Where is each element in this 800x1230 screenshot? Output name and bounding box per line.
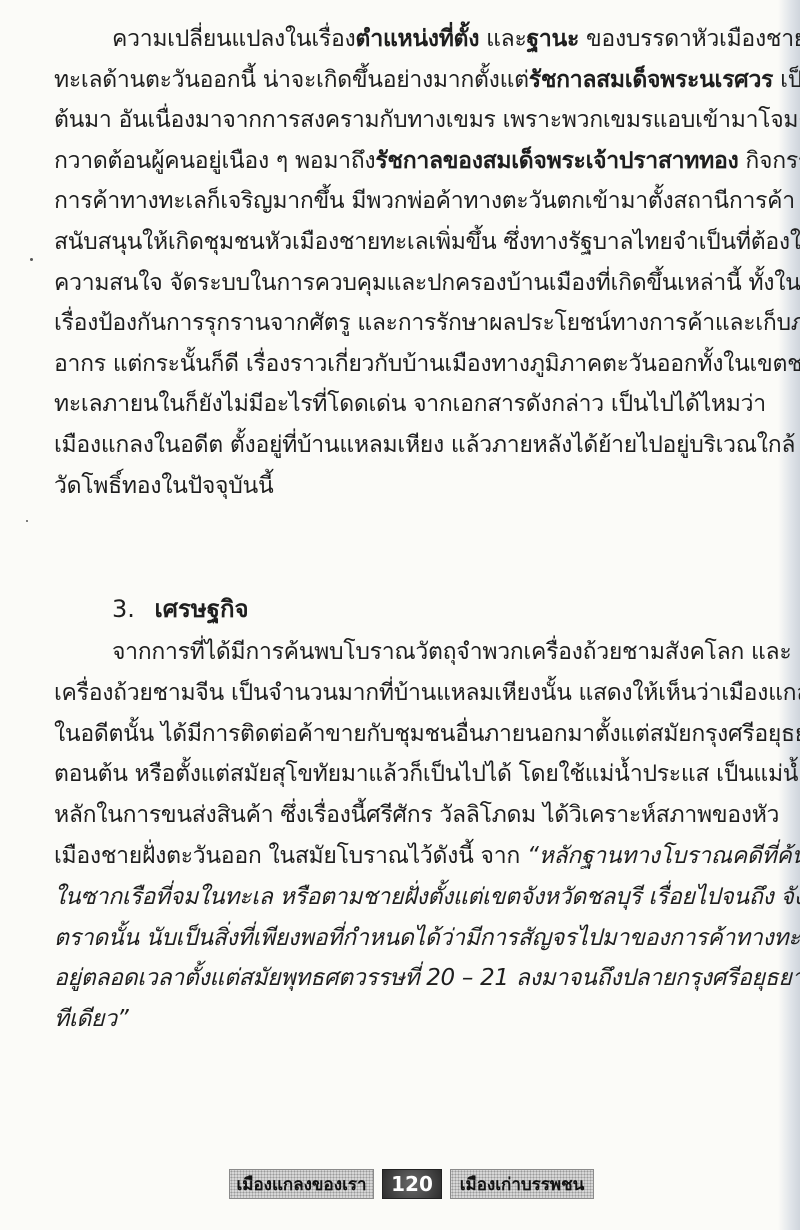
emphasis-text: รัชกาลสมเด็จพระนเรศวร	[529, 67, 773, 93]
text-line: หลักในการขนส่งสินค้า ซึ่งเรื่องนี้ศรีศัก…	[54, 795, 754, 835]
section-title: เศรษฐกิจ	[155, 595, 249, 623]
body-text: ของบรรดาหัวเมืองชาย	[579, 26, 800, 52]
text-line: กวาดต้อนผู้คนอยู่เนือง ๆ พอมาถึงรัชกาลขอ…	[54, 141, 754, 181]
body-text: และ	[479, 26, 526, 52]
body-text: สนับสนุนให้เกิดชุมชนหัวเมืองชายทะเลเพิ่ม…	[54, 229, 800, 255]
page-edge-shadow	[778, 0, 800, 1230]
text-line: ตราดนั้น นับเป็นสิ่งที่เพียงพอที่กำหนดได…	[54, 918, 754, 958]
body-text: หลักในการขนส่งสินค้า ซึ่งเรื่องนี้ศรีศัก…	[54, 802, 779, 828]
text-line: การค้าทางทะเลก็เจริญมากขึ้น มีพวกพ่อค้าท…	[54, 181, 754, 221]
body-text: เครื่องถ้วยชามจีน เป็นจำนวนมากที่บ้านแหล…	[54, 680, 800, 706]
quoted-text: ตราดนั้น นับเป็นสิ่งที่เพียงพอที่กำหนดได…	[54, 925, 800, 951]
text-line: เมืองแกลงในอดีต ตั้งอยู่ที่บ้านแหลมเหียง…	[54, 425, 754, 465]
emphasis-text: รัชกาลของสมเด็จพระเจ้าปราสาททอง	[375, 148, 738, 174]
footer-chapter-title: เมืองเก่าบรรพชน	[450, 1169, 594, 1199]
text-line: ในซากเรือที่จมในทะเล หรือตามชายฝั่งตั้งแ…	[54, 877, 754, 917]
body-text: เมืองแกลงในอดีต ตั้งอยู่ที่บ้านแหลมเหียง…	[54, 432, 800, 458]
text-line: ทะเลด้านตะวันออกนี้ น่าจะเกิดขึ้นอย่างมา…	[54, 60, 754, 100]
emphasis-text: ฐานะ	[527, 26, 579, 52]
body-text: ตอนต้น หรือตั้งแต่สมัยสุโขทัยมาแล้วก็เป็…	[54, 761, 800, 787]
body-text: เมืองชายฝั่งตะวันออก ในสมัยโบราณไว้ดังนี…	[54, 843, 527, 869]
text-line: วัดโพธิ์ทองในปัจจุบันนี้	[54, 466, 754, 506]
body-text: กิจกรรม	[738, 148, 800, 174]
body-text: การค้าทางทะเลก็เจริญมากขึ้น มีพวกพ่อค้าท…	[54, 188, 800, 214]
body-text: ความเปลี่ยนแปลงในเรื่อง	[112, 26, 355, 52]
page-footer: เมืองแกลงของเรา 120 เมืองเก่าบรรพชน	[229, 1169, 594, 1199]
body-text: ในอดีตนั้น ได้มีการติดต่อค้าขายกับชุมชนอ…	[54, 721, 800, 747]
text-line: เครื่องถ้วยชามจีน เป็นจำนวนมากที่บ้านแหล…	[54, 673, 754, 713]
text-line: ตอนต้น หรือตั้งแต่สมัยสุโขทัยมาแล้วก็เป็…	[54, 754, 754, 794]
text-line: จากการที่ได้มีการค้นพบโบราณวัตถุจำพวกเคร…	[54, 632, 754, 672]
section-number: 3.	[112, 595, 135, 623]
quoted-text: ในซากเรือที่จมในทะเล หรือตามชายฝั่งตั้งแ…	[54, 884, 800, 910]
body-text: เป็น	[773, 67, 800, 93]
text-line: ความสนใจ จัดระบบในการควบคุมและปกครองบ้าน…	[54, 263, 754, 303]
body-text: ทะเลด้านตะวันออกนี้ น่าจะเกิดขึ้นอย่างมา…	[54, 67, 529, 93]
body-text: อากร แต่กระนั้นก็ดี เรื่องราวเกี่ยวกับบ้…	[54, 351, 800, 377]
text-line: ทีเดียว”	[54, 999, 754, 1039]
section-heading: 3. เศรษฐกิจ	[112, 589, 249, 629]
body-text: กวาดต้อนผู้คนอยู่เนือง ๆ พอมาถึง	[54, 148, 375, 174]
body-text: วัดโพธิ์ทองในปัจจุบันนี้	[54, 473, 273, 499]
text-line: สนับสนุนให้เกิดชุมชนหัวเมืองชายทะเลเพิ่ม…	[54, 222, 754, 262]
body-text: ทะเลภายนในก็ยังไม่มีอะไรที่โดดเด่น จากเอ…	[54, 391, 766, 417]
text-line: ในอดีตนั้น ได้มีการติดต่อค้าขายกับชุมชนอ…	[54, 714, 754, 754]
text-line: เรื่องป้องกันการรุกรานจากศัตรู และการรัก…	[54, 303, 754, 343]
text-line: อยู่ตลอดเวลาตั้งแต่สมัยพุทธศตวรรษที่ 20 …	[54, 958, 754, 998]
text-line: ความเปลี่ยนแปลงในเรื่องตำแหน่งที่ตั้ง แล…	[54, 19, 754, 59]
scan-speck	[30, 258, 33, 261]
quoted-text: ทีเดียว”	[54, 1006, 128, 1032]
scan-speck	[26, 520, 28, 522]
body-text: จากการที่ได้มีการค้นพบโบราณวัตถุจำพวกเคร…	[112, 639, 791, 665]
text-line: ต้นมา อันเนื่องมาจากการสงครามกับทางเขมร …	[54, 100, 754, 140]
text-line: เมืองชายฝั่งตะวันออก ในสมัยโบราณไว้ดังนี…	[54, 836, 754, 876]
quoted-text: “หลักฐานทางโบราณคดีที่ค้นพบ	[527, 843, 800, 869]
emphasis-text: ตำแหน่งที่ตั้ง	[355, 26, 479, 52]
text-line: ทะเลภายนในก็ยังไม่มีอะไรที่โดดเด่น จากเอ…	[54, 384, 754, 424]
footer-book-title: เมืองแกลงของเรา	[229, 1169, 374, 1199]
page-number: 120	[382, 1169, 442, 1199]
text-line: อากร แต่กระนั้นก็ดี เรื่องราวเกี่ยวกับบ้…	[54, 344, 754, 384]
quoted-text: อยู่ตลอดเวลาตั้งแต่สมัยพุทธศตวรรษที่ 20 …	[54, 965, 800, 991]
body-text: เรื่องป้องกันการรุกรานจากศัตรู และการรัก…	[54, 310, 800, 336]
body-text: ต้นมา อันเนื่องมาจากการสงครามกับทางเขมร …	[54, 107, 800, 133]
body-text: ความสนใจ จัดระบบในการควบคุมและปกครองบ้าน…	[54, 270, 800, 296]
